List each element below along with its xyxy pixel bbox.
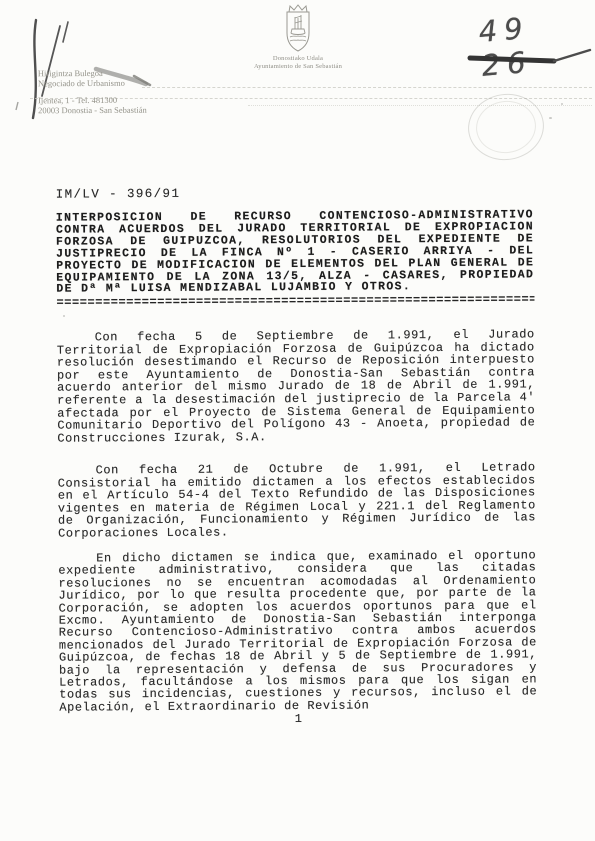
paragraph-1: Con fecha 5 de Septiembre de 1.991, el J… [57, 328, 536, 445]
document-title: INTERPOSICION DE RECURSO CONTENCIOSO-ADM… [56, 209, 535, 296]
document-reference: IM/LV - 396/91 [56, 184, 534, 201]
title-separator: ========================================… [56, 292, 534, 309]
page-number: 1 [59, 710, 537, 727]
scanned-document-page: Donostiako Udala Ayuntamiento de San Seb… [0, 0, 595, 841]
paragraph-2: Con fecha 21 de Octubre de 1.991, el Let… [58, 461, 537, 540]
typed-content: IM/LV - 396/91 INTERPOSICION DE RECURSO … [0, 0, 595, 841]
paragraph-3: En dicho dictamen se indica que, examina… [58, 549, 537, 714]
